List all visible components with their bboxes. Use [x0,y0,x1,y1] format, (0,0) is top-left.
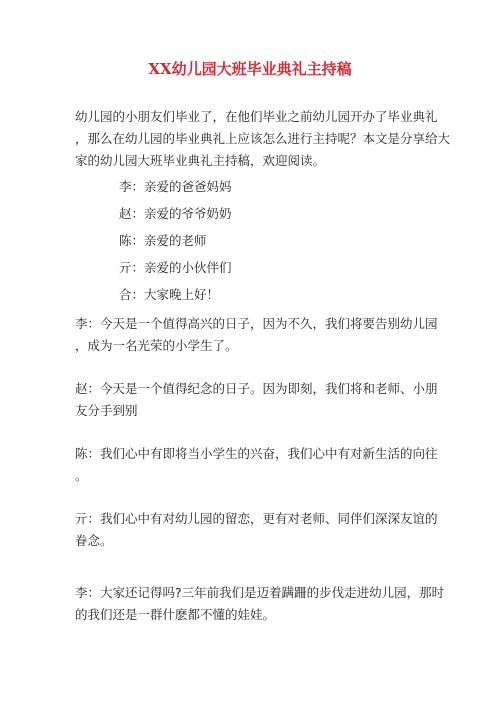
text-line: 眷念。 [75,530,431,552]
text-line: 家的幼儿园大班毕业典礼主持稿，欢迎阅读。 [75,150,431,172]
text-line: 的我们还是一群什麽都不懂的娃娃。 [75,604,431,626]
dialogue-paragraph: 陈：我们心中有即将当小学生的兴奋，我们心中有对新生活的向往 。 [75,443,431,487]
dialogue-paragraph: 赵：今天是一个值得纪念的日子。因为即刻，我们将和老师、小朋 友分手到别 [75,378,431,422]
text-line: 李：大家还记得吗?三年前我们是迈着蹒跚的步伐走进幼儿园，那时 [75,582,431,604]
text-line: 李：今天是一个值得高兴的日子，因为不久，我们将要告别幼儿园 [75,313,431,335]
text-line: 友分手到别 [75,400,431,422]
text-line: 亓：我们心中有对幼儿园的留恋，更有对老师、同伴们深深友谊的 [75,508,431,530]
greeting-line: 合：大家晚上好！ [119,284,219,306]
text-line: 陈：我们心中有即将当小学生的兴奋，我们心中有对新生活的向往 [75,443,431,465]
document-title: XX幼儿园大班毕业典礼主持稿 [0,58,500,79]
text-line: 。 [75,465,431,487]
greeting-line: 李：亲爱的爸爸妈妈 [119,176,232,198]
intro-paragraph: 幼儿园的小朋友们毕业了，在他们毕业之前幼儿园开办了毕业典礼 ，那么在幼儿园的毕业… [75,106,431,172]
text-line: 赵：今天是一个值得纪念的日子。因为即刻，我们将和老师、小朋 [75,378,431,400]
text-line: ，成为一名光荣的小学生了。 [75,335,431,357]
text-line: 幼儿园的小朋友们毕业了，在他们毕业之前幼儿园开办了毕业典礼 [75,106,431,128]
dialogue-paragraph: 亓：我们心中有对幼儿园的留恋，更有对老师、同伴们深深友谊的 眷念。 [75,508,431,552]
dialogue-paragraph: 李：今天是一个值得高兴的日子，因为不久，我们将要告别幼儿园 ，成为一名光荣的小学… [75,313,431,357]
greeting-line: 陈：亲爱的老师 [119,230,207,252]
greeting-line: 赵：亲爱的爷爷奶奶 [119,203,232,225]
greeting-line: 亓：亲爱的小伙伴们 [119,257,232,279]
text-line: ，那么在幼儿园的毕业典礼上应该怎么进行主持呢？本文是分享给大 [75,128,431,150]
dialogue-paragraph: 李：大家还记得吗?三年前我们是迈着蹒跚的步伐走进幼儿园，那时 的我们还是一群什麽… [75,582,431,626]
